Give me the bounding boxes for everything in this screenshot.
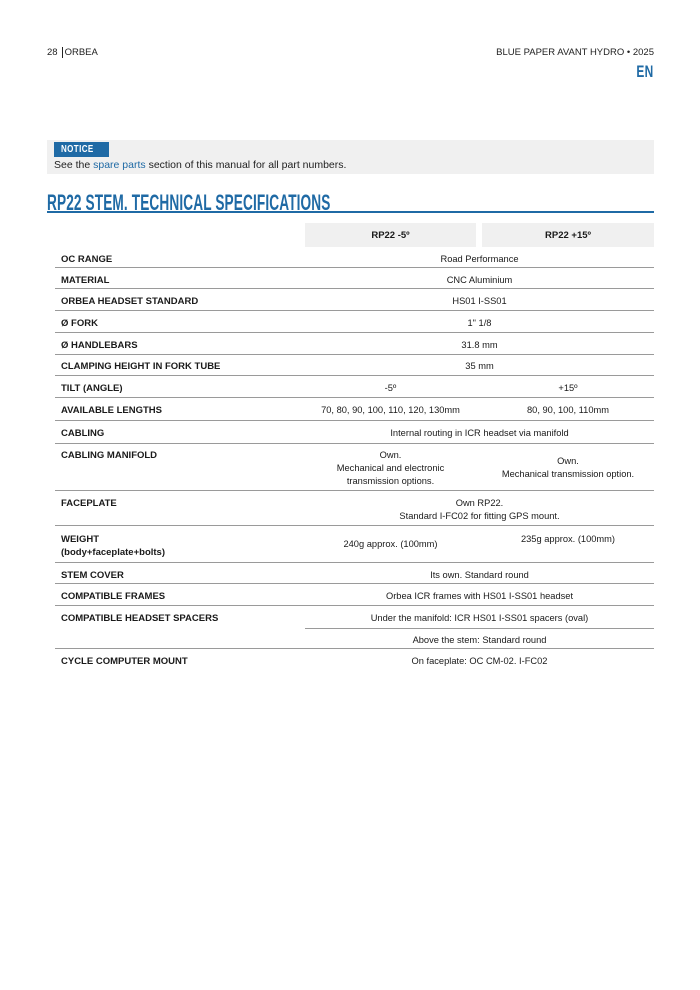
spec-value: Road Performance [305, 253, 654, 266]
section-rule [47, 211, 654, 213]
spec-value-rp22-minus5: 240g approx. (100mm) [305, 538, 476, 551]
spec-value: HS01 I-SS01 [305, 295, 654, 308]
spec-value: On faceplate: OC CM-02. I-FC02 [305, 655, 654, 668]
spec-label: CABLING [61, 427, 104, 440]
spec-row-cabling: CABLINGInternal routing in ICR headset v… [55, 422, 654, 444]
spec-row-clamping-height-in-fork-tube: CLAMPING HEIGHT IN FORK TUBE35 mm [55, 356, 654, 376]
spec-label: TILT (ANGLE) [61, 382, 123, 395]
column-header-rp22-minus5: RP22 -5º [305, 223, 476, 247]
page-header-left: 28 ORBEA [47, 47, 98, 58]
spec-value: CNC Aluminium [305, 274, 654, 287]
spec-row-compatible-frames: COMPATIBLE FRAMESOrbea ICR frames with H… [55, 585, 654, 606]
spec-row-weight: WEIGHT (body+faceplate+bolts)240g approx… [55, 527, 654, 563]
notice-text: See the spare parts section of this manu… [54, 159, 346, 171]
spec-label: OC RANGE [61, 253, 112, 266]
spec-label: AVAILABLE LENGTHS [61, 404, 162, 417]
spec-row-material: MATERIALCNC Aluminium [55, 269, 654, 289]
spec-row-oc-range: OC RANGERoad Performance [55, 248, 654, 268]
spec-label: CABLING MANIFOLD [61, 449, 157, 462]
spec-label: CLAMPING HEIGHT IN FORK TUBE [61, 360, 220, 373]
spec-label: Ø FORK [61, 317, 98, 330]
spec-value: 1" 1/8 [305, 317, 654, 330]
spec-row-stem-cover: STEM COVERIts own. Standard round [55, 564, 654, 584]
spec-value: Its own. Standard round [305, 569, 654, 582]
spec-value-rp22-minus5: -5º [305, 382, 476, 395]
spec-label: COMPATIBLE FRAMES [61, 590, 165, 603]
spare-parts-link[interactable]: spare parts [93, 159, 146, 171]
spec-row-dia-handlebars: Ø HANDLEBARS31.8 mm [55, 334, 654, 355]
notice-box: NOTICE See the spare parts section of th… [47, 140, 654, 174]
document-title: BLUE PAPER AVANT HYDRO • 2025 [496, 47, 654, 58]
spec-label: STEM COVER [61, 569, 124, 582]
spec-value: Above the stem: Standard round [305, 634, 654, 647]
column-header-rp22-plus15: RP22 +15º [482, 223, 654, 247]
notice-badge: NOTICE [54, 142, 109, 157]
spec-row-faceplate: FACEPLATEOwn RP22. Standard I-FC02 for f… [55, 492, 654, 526]
spec-row-compatible-headset-spacers: COMPATIBLE HEADSET SPACERSUnder the mani… [55, 607, 654, 649]
spec-value: Orbea ICR frames with HS01 I-SS01 headse… [305, 590, 654, 603]
spec-row-cycle-computer-mount: CYCLE COMPUTER MOUNTOn faceplate: OC CM-… [55, 650, 654, 671]
spec-value: 31.8 mm [305, 339, 654, 352]
spec-value: 35 mm [305, 360, 654, 373]
spec-label: CYCLE COMPUTER MOUNT [61, 655, 188, 668]
spec-value-rp22-plus15: +15º [482, 382, 654, 395]
spec-label: ORBEA HEADSET STANDARD [61, 295, 198, 308]
header-divider [62, 47, 63, 58]
spec-value-rp22-plus15: 80, 90, 100, 110mm [482, 404, 654, 417]
brand-name: ORBEA [65, 47, 98, 58]
spec-value: Under the manifold: ICR HS01 I-SS01 spac… [305, 612, 654, 625]
spec-label: Ø HANDLEBARS [61, 339, 138, 352]
page-number: 28 [47, 47, 60, 58]
spec-row-available-lengths: AVAILABLE LENGTHS70, 80, 90, 100, 110, 1… [55, 399, 654, 421]
spec-value-rp22-plus15: Own. Mechanical transmission option. [482, 455, 654, 481]
spec-value-rp22-minus5: Own. Mechanical and electronic transmiss… [305, 449, 476, 488]
spec-value-rp22-plus15: 235g approx. (100mm) [482, 533, 654, 546]
spec-value: Internal routing in ICR headset via mani… [305, 427, 654, 440]
language-indicator: EN [637, 62, 654, 82]
spec-row-dia-fork: Ø FORK1" 1/8 [55, 312, 654, 333]
spec-label: COMPATIBLE HEADSET SPACERS [61, 612, 218, 625]
spec-label: FACEPLATE [61, 497, 117, 510]
spec-row-tilt-angle: TILT (ANGLE)-5º+15º [55, 377, 654, 398]
spec-row-cabling-manifold: CABLING MANIFOLDOwn. Mechanical and elec… [55, 445, 654, 491]
spec-row-orbea-headset-standard: ORBEA HEADSET STANDARDHS01 I-SS01 [55, 290, 654, 311]
spec-label: WEIGHT (body+faceplate+bolts) [61, 533, 165, 559]
spec-value-rp22-minus5: 70, 80, 90, 100, 110, 120, 130mm [305, 404, 476, 417]
spec-label: MATERIAL [61, 274, 109, 287]
spec-value: Own RP22. Standard I-FC02 for fitting GP… [305, 497, 654, 523]
